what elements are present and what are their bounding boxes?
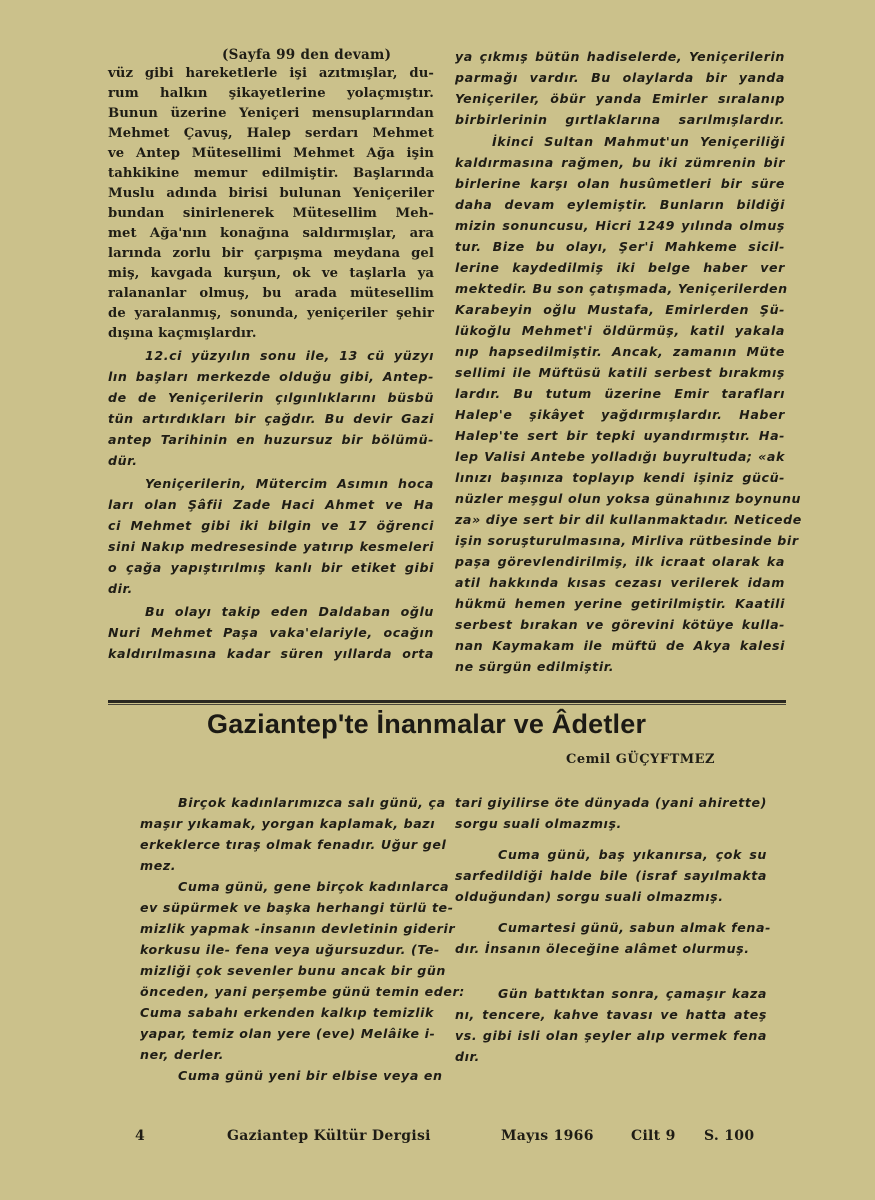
text-line: sini Nakıp medresesinde yatırıp kesmeler… xyxy=(108,538,434,556)
text-line: mizin sonuncusu, Hicri 1249 yılında olmu… xyxy=(455,217,785,235)
text-line: Cumartesi günü, sabun almak fena- xyxy=(498,919,767,937)
text-line: dir. xyxy=(108,580,133,598)
page-number: 4 xyxy=(135,1128,145,1144)
text-line: de de Yeniçerilerin çılgınlıklarını büsb… xyxy=(108,389,434,407)
text-line: birlerine karşı olan husûmetleri bir sür… xyxy=(455,175,785,193)
text-line: lerine kaydedilmiş iki belge haber ver xyxy=(455,259,785,277)
text-line: o çağa yapıştırılmış kanlı bir etiket gi… xyxy=(108,559,434,577)
text-line: mez. xyxy=(140,857,176,875)
text-line: dır. İnsanın öleceğine alâmet olurmuş. xyxy=(455,940,750,958)
text-line: hükmü hemen yerine getirilmiştir. Kaatil… xyxy=(455,595,785,613)
text-line: ner, derler. xyxy=(140,1046,224,1064)
text-line: nüzler meşgul olun yoksa günahınız boynu… xyxy=(455,490,785,508)
text-line: işin soruşturulmasına, Mirliva rütbesind… xyxy=(455,532,785,550)
text-line: miş, kavgada kurşun, ok ve taşlarla ya xyxy=(108,265,434,283)
text-line: erkeklerce tıraş olmak fenadır. Uğur gel xyxy=(140,836,434,854)
text-line: Mehmet Çavuş, Halep serdarı Mehmet xyxy=(108,125,434,143)
text-line: Yeniçeriler, öbür yanda Emirler sıralanı… xyxy=(455,90,785,108)
text-line: Bunun üzerine Yeniçeri mensuplarından xyxy=(108,105,434,123)
text-line: Cuma günü, gene birçok kadınlarca xyxy=(178,878,434,896)
text-line: olduğundan) sorgu suali olmazmış. xyxy=(455,888,724,906)
article-title: Gaziantep'te İnanmalar ve Âdetler xyxy=(207,709,646,740)
text-line: tari giyilirse öte dünyada (yani ahirett… xyxy=(455,794,767,812)
text-line: dışına kaçmışlardır. xyxy=(108,325,257,343)
text-line: kaldırılmasına kadar süren yıllarda orta xyxy=(108,645,434,663)
text-line: Cuma günü, baş yıkanırsa, çok su xyxy=(498,846,767,864)
text-line: mizlik yapmak -insanın devletinin gideri… xyxy=(140,920,434,938)
text-line: Cuma günü yeni bir elbise veya en xyxy=(178,1067,434,1085)
text-line: Yeniçerilerin, Mütercim Asımın hoca xyxy=(145,475,434,493)
text-line: za» diye sert bir dil kullanmaktadır. Ne… xyxy=(455,511,785,529)
text-line: tahkikine memur edilmiştir. Başlarında xyxy=(108,165,434,183)
text-line: ci Mehmet gibi iki bilgin ve 17 öğrenci xyxy=(108,517,434,535)
text-line: daha devam eylemiştir. Bunların bildiği xyxy=(455,196,785,214)
text-line: sellimi ile Müftüsü katili serbest bırak… xyxy=(455,364,785,382)
text-line: Karabeyin oğlu Mustafa, Emirlerden Şü- xyxy=(455,301,785,319)
issue-date: Mayıs 1966 xyxy=(501,1128,594,1144)
text-line: vs. gibi isli olan şeyler alıp vermek fe… xyxy=(455,1027,767,1045)
text-line: antep Tarihinin en huzursuz bir bölümü- xyxy=(108,431,434,449)
text-line: tur. Bize bu olayı, Şer'i Mahkeme sicil- xyxy=(455,238,785,256)
text-line: atil hakkında kısas cezası verilerek ida… xyxy=(455,574,785,592)
text-line: kaldırmasına rağmen, bu iki zümrenin bir xyxy=(455,154,785,172)
section-divider xyxy=(108,700,786,703)
journal-name: Gaziantep Kültür Dergisi xyxy=(227,1128,431,1144)
text-line: korkusu ile- fena veya uğursuzdur. (Te- xyxy=(140,941,434,959)
text-line: lınızı başınıza toplayıp kendi işiniz gü… xyxy=(455,469,785,487)
text-line: larında zorlu bir çarpışma meydana gel xyxy=(108,245,434,263)
text-line: vüz gibi hareketlerle işi azıtmışlar, du… xyxy=(108,65,434,83)
text-line: ları olan Şâfii Zade Haci Ahmet ve Ha xyxy=(108,496,434,514)
volume-number: Cilt 9 xyxy=(631,1128,676,1144)
text-line: lep Valisi Antebe yolladığı buyrultuda; … xyxy=(455,448,785,466)
continuation-note: (Sayfa 99 den devam) xyxy=(222,47,391,63)
text-line: İkinci Sultan Mahmut'un Yeniçeriliği xyxy=(492,133,785,151)
text-line: Bu olayı takip eden Daldaban oğlu xyxy=(145,603,434,621)
text-line: mektedir. Bu son çatışmada, Yeniçerilerd… xyxy=(455,280,785,298)
text-line: bundan sinirlenerek Mütesellim Meh- xyxy=(108,205,434,223)
text-line: ev süpürmek ve başka herhangi türlü te- xyxy=(140,899,434,917)
text-line: serbest bırakan ve görevini kötüye kulla… xyxy=(455,616,785,634)
text-line: dür. xyxy=(108,452,138,470)
text-line: nı, tencere, kahve tavası ve hatta ateş xyxy=(455,1006,767,1024)
text-line: Birçok kadınlarımızca salı günü, ça xyxy=(178,794,434,812)
text-line: de yaralanmış, sonunda, yeniçeriler şehi… xyxy=(108,305,434,323)
issue-number: S. 100 xyxy=(704,1128,754,1144)
text-line: sorgu suali olmazmış. xyxy=(455,815,622,833)
text-line: Muslu adında birisi bulunan Yeniçeriler xyxy=(108,185,434,203)
text-line: ya çıkmış bütün hadiselerde, Yeniçeriler… xyxy=(455,48,785,66)
text-line: birbirlerinin gırtlaklarına sarılmışlard… xyxy=(455,111,785,129)
text-line: ne sürgün edilmiştir. xyxy=(455,658,614,676)
text-line: lükoğlu Mehmet'i öldürmüş, katil yakala xyxy=(455,322,785,340)
text-line: paşa görevlendirilmiş, ilk icraat olarak… xyxy=(455,553,785,571)
text-line: met Ağa'nın konağına saldırmışlar, ara xyxy=(108,225,434,243)
text-line: parmağı vardır. Bu olaylarda bir yanda xyxy=(455,69,785,87)
text-line: lardır. Bu tutum üzerine Emir tarafları xyxy=(455,385,785,403)
text-line: dır. xyxy=(455,1048,480,1066)
text-line: tün artırdıkları bir çağdır. Bu devir Ga… xyxy=(108,410,434,428)
text-line: nan Kaymakam ile müftü de Akya kalesi xyxy=(455,637,785,655)
text-line: lın başları merkezde olduğu gibi, Antep- xyxy=(108,368,434,386)
text-line: ve Antep Mütesellimi Mehmet Ağa işin xyxy=(108,145,434,163)
text-line: önceden, yani perşembe günü temin eder: xyxy=(140,983,434,1001)
text-line: rum halkın şikayetlerine yolaçmıştır. xyxy=(108,85,434,103)
magazine-page: (Sayfa 99 den devam) vüz gibi hareketler… xyxy=(0,0,875,1200)
text-line: Halep'e şikâyet yağdırmışlardır. Haber xyxy=(455,406,785,424)
text-line: Halep'te sert bir tepki uyandırmıştır. H… xyxy=(455,427,785,445)
text-line: yapar, temiz olan yere (eve) Melâike i- xyxy=(140,1025,434,1043)
text-line: 12.ci yüzyılın sonu ile, 13 cü yüzyı xyxy=(145,347,434,365)
text-line: maşır yıkamak, yorgan kaplamak, bazı xyxy=(140,815,434,833)
text-line: mizliği çok sevenler bunu ancak bir gün xyxy=(140,962,434,980)
text-line: Cuma sabahı erkenden kalkıp temizlik xyxy=(140,1004,434,1022)
section-divider-thin xyxy=(108,704,786,705)
text-line: ralananlar olmuş, bu arada mütesellim xyxy=(108,285,434,303)
article-author: Cemil GÜÇYFTMEZ xyxy=(566,752,715,767)
text-line: sarfedildiği halde bile (israf sayılmakt… xyxy=(455,867,767,885)
text-line: nıp hapsedilmiştir. Ancak, zamanın Müte xyxy=(455,343,785,361)
text-line: Nuri Mehmet Paşa vaka'elariyle, ocağın xyxy=(108,624,434,642)
text-line: Gün battıktan sonra, çamaşır kaza xyxy=(498,985,767,1003)
